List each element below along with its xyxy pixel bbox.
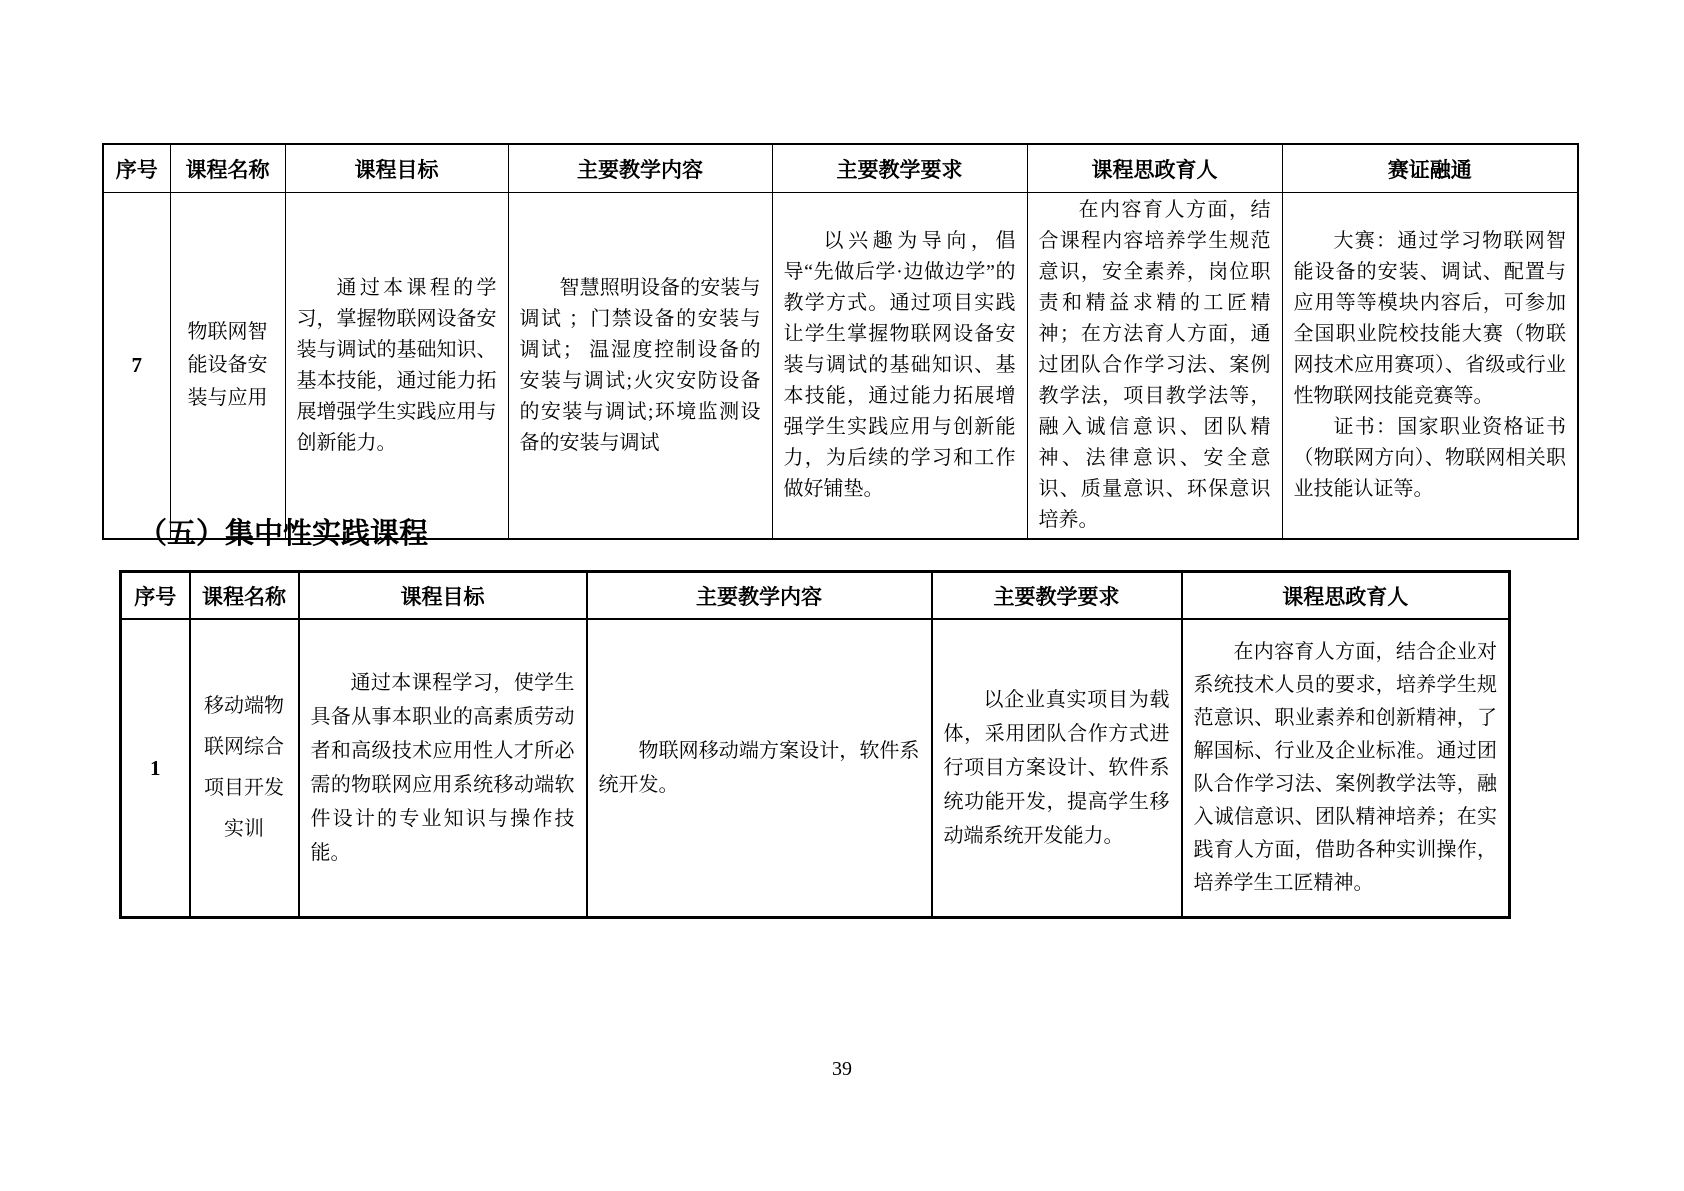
column-header-objective: 课程目标 (299, 572, 587, 620)
cell-course-name: 物联网智 能设备安 装与应用 (170, 193, 285, 540)
course-name-line: 能设备安 (177, 349, 279, 382)
cell-ideology: 在内容育人方面，结合企业对系统技术人员的要求，培养学生规范意识、职业素养和创新精… (1182, 619, 1510, 918)
course-name-line: 项目开发 (197, 768, 292, 809)
ideology-text: 在内容育人方面，结合企业对系统技术人员的要求，培养学生规范意识、职业素养和创新精… (1194, 636, 1498, 900)
column-header-content: 主要教学内容 (587, 572, 932, 620)
cell-content: 智慧照明设备的安装与调试 ；门禁设备的安装与调试； 温湿度控制设备的安装与调试;… (508, 193, 772, 540)
table-row: 1 移动端物 联网综合 项目开发 实训 通过本课程学习，使学生具备从事本职业的高… (121, 619, 1510, 918)
document-page: 序号 课程名称 课程目标 主要教学内容 主要教学要求 课程思政育人 赛证融通 7… (0, 0, 1684, 1191)
requirement-text: 以兴趣为导向，倡导“先做后学·边做边学”的教学方式。通过项目实践让学生掌握物联网… (784, 226, 1016, 505)
cell-seq: 1 (121, 619, 190, 918)
column-header-requirement: 主要教学要求 (772, 144, 1027, 193)
column-header-seq: 序号 (121, 572, 190, 620)
ideology-text: 在内容育人方面，结合课程内容培养学生规范意识，安全素养，岗位职责和精益求精的工匠… (1039, 195, 1271, 536)
cell-requirement: 以兴趣为导向，倡导“先做后学·边做边学”的教学方式。通过项目实践让学生掌握物联网… (772, 193, 1027, 540)
cell-course-name: 移动端物 联网综合 项目开发 实训 (190, 619, 299, 918)
table-header-row: 序号 课程名称 课程目标 主要教学内容 主要教学要求 课程思政育人 (121, 572, 1510, 620)
section-heading: （五）集中性实践课程 (138, 511, 428, 552)
course-table-practice: 序号 课程名称 课程目标 主要教学内容 主要教学要求 课程思政育人 1 移动端物… (119, 570, 1511, 919)
table-header-row: 序号 课程名称 课程目标 主要教学内容 主要教学要求 课程思政育人 赛证融通 (103, 144, 1578, 193)
competition-text: 大赛：通过学习物联网智能设备的安装、调试、配置与应用等等模块内容后，可参加全国职… (1294, 226, 1567, 412)
cell-content: 物联网移动端方案设计，软件系统开发。 (587, 619, 932, 918)
objective-text: 通过本课程的学习，掌握物联网设备安装与调试的基础知识、基本技能，通过能力拓展增强… (297, 273, 497, 459)
table-row: 7 物联网智 能设备安 装与应用 通过本课程的学习，掌握物联网设备安装与调试的基… (103, 193, 1578, 540)
column-header-requirement: 主要教学要求 (932, 572, 1182, 620)
course-name-line: 装与应用 (177, 382, 279, 415)
course-table-upper: 序号 课程名称 课程目标 主要教学内容 主要教学要求 课程思政育人 赛证融通 7… (102, 143, 1579, 540)
objective-text: 通过本课程学习，使学生具备从事本职业的高素质劳动者和高级技术应用性人才所必需的物… (311, 666, 575, 870)
course-name-line: 实训 (197, 809, 292, 850)
cell-objective: 通过本课程学习，使学生具备从事本职业的高素质劳动者和高级技术应用性人才所必需的物… (299, 619, 587, 918)
content-text: 物联网移动端方案设计，软件系统开发。 (599, 734, 920, 802)
certificate-text: 证书：国家职业资格证书（物联网方向）、物联网相关职业技能认证等。 (1294, 412, 1567, 505)
column-header-course-name: 课程名称 (190, 572, 299, 620)
cell-seq: 7 (103, 193, 170, 540)
column-header-ideology: 课程思政育人 (1182, 572, 1510, 620)
column-header-course-name: 课程名称 (170, 144, 285, 193)
cell-competition-cert: 大赛：通过学习物联网智能设备的安装、调试、配置与应用等等模块内容后，可参加全国职… (1282, 193, 1578, 540)
cell-objective: 通过本课程的学习，掌握物联网设备安装与调试的基础知识、基本技能，通过能力拓展增强… (285, 193, 508, 540)
requirement-text: 以企业真实项目为载体，采用团队合作方式进行项目方案设计、软件系统功能开发，提高学… (944, 683, 1170, 853)
column-header-ideology: 课程思政育人 (1027, 144, 1282, 193)
column-header-competition-cert: 赛证融通 (1282, 144, 1578, 193)
page-number: 39 (0, 1058, 1684, 1081)
column-header-seq: 序号 (103, 144, 170, 193)
course-name-line: 联网综合 (197, 727, 292, 768)
course-name-line: 物联网智 (177, 316, 279, 349)
course-name-line: 移动端物 (197, 686, 292, 727)
column-header-objective: 课程目标 (285, 144, 508, 193)
cell-ideology: 在内容育人方面，结合课程内容培养学生规范意识，安全素养，岗位职责和精益求精的工匠… (1027, 193, 1282, 540)
content-text: 智慧照明设备的安装与调试 ；门禁设备的安装与调试； 温湿度控制设备的安装与调试;… (520, 273, 761, 459)
column-header-content: 主要教学内容 (508, 144, 772, 193)
cell-requirement: 以企业真实项目为载体，采用团队合作方式进行项目方案设计、软件系统功能开发，提高学… (932, 619, 1182, 918)
